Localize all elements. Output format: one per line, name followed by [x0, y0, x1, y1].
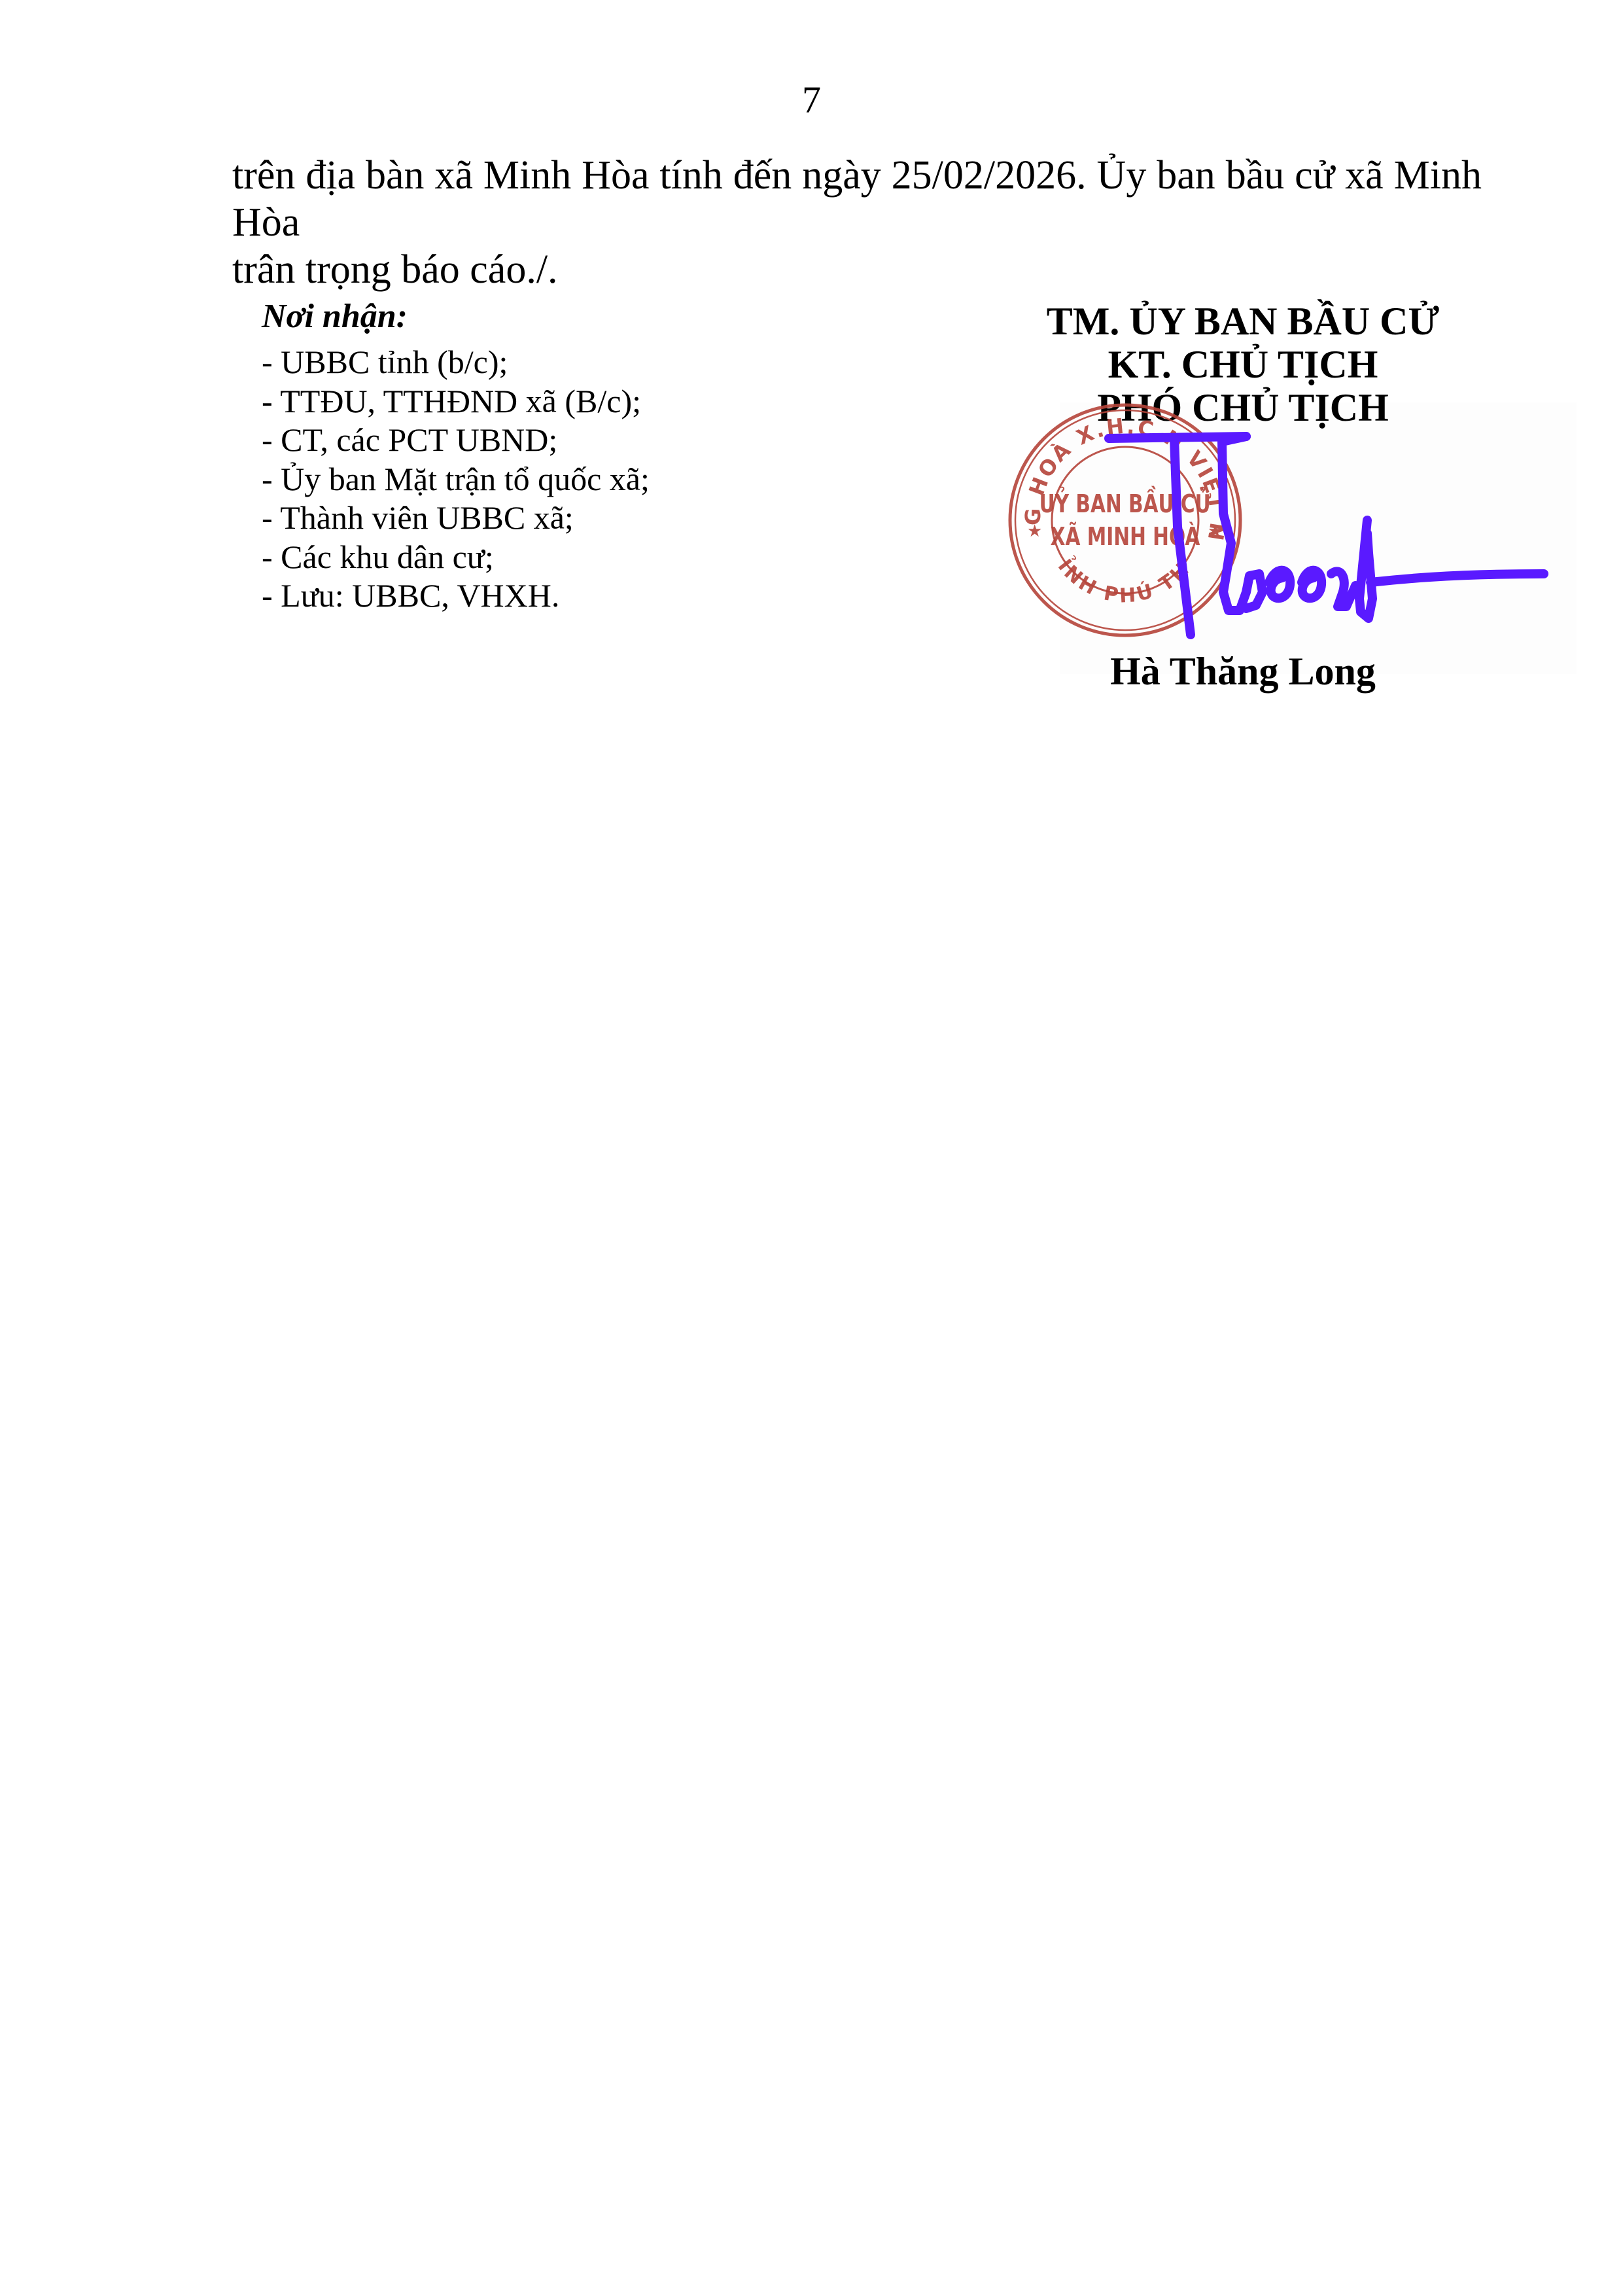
handwritten-signature-icon	[1060, 402, 1577, 674]
recipient-item: - Lưu: UBBC, VHXH.	[262, 576, 850, 616]
signature-title-line: KT. CHỦ TỊCH	[981, 343, 1505, 386]
recipient-item: - Ủy ban Mặt trận tổ quốc xã;	[262, 460, 850, 499]
recipient-item: - Thành viên UBBC xã;	[262, 499, 850, 538]
signature-title-line: TM. ỦY BAN BẦU CỬ	[981, 300, 1505, 343]
recipients-block: Nơi nhận: - UBBC tỉnh (b/c); - TTĐU, TTH…	[262, 296, 850, 616]
body-paragraph: trên địa bàn xã Minh Hòa tính đến ngày 2…	[232, 152, 1482, 293]
body-line: trân trọng báo cáo./.	[232, 246, 1482, 293]
recipients-list: - UBBC tỉnh (b/c); - TTĐU, TTHĐND xã (B/…	[262, 343, 850, 616]
body-line: trên địa bàn xã Minh Hòa tính đến ngày 2…	[232, 152, 1482, 246]
recipient-item: - UBBC tỉnh (b/c);	[262, 343, 850, 382]
stamp-star-left-icon: ★	[1027, 521, 1042, 541]
page-number: 7	[0, 77, 1623, 123]
recipient-item: - CT, các PCT UBND;	[262, 421, 850, 460]
recipient-item: - Các khu dân cư;	[262, 538, 850, 577]
recipients-heading: Nơi nhận:	[262, 296, 850, 338]
recipient-item: - TTĐU, TTHĐND xã (B/c);	[262, 382, 850, 421]
